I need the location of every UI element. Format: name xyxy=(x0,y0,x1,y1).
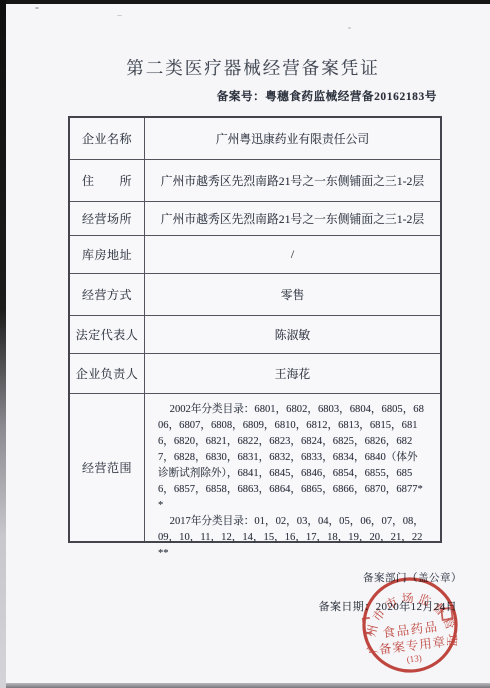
scan-speck xyxy=(117,15,122,16)
legal-representative-value: 陈淑敏 xyxy=(145,316,440,353)
registered-address-value: 广州市越秀区先烈南路21号之一东侧铺面之三1-2层 xyxy=(145,160,440,201)
scanned-certificate-page: 第二类医疗器械经营备案凭证 备案号：粤穗食药监械经营备20162183号 企业名… xyxy=(0,0,490,688)
row-label: 经营场所 xyxy=(70,202,145,235)
certificate-title: 第二类医疗器械经营备案凭证 xyxy=(0,55,490,80)
row-label: 住 所 xyxy=(70,160,145,201)
row-label: 库房地址 xyxy=(70,236,145,273)
row-label: 法定代表人 xyxy=(70,316,145,353)
scan-edge-left xyxy=(0,0,6,688)
record-number-value: 粤穗食药监械经营备20162183号 xyxy=(265,91,437,103)
scan-edge-top xyxy=(4,0,490,4)
scan-speck xyxy=(35,7,39,9)
row-label: 企业名称 xyxy=(70,118,145,159)
row-label: 企业负责人 xyxy=(70,354,145,393)
row-company-manager: 企业负责人 王海花 xyxy=(70,354,440,394)
record-number-line: 备案号：粤穗食药监械经营备20162183号 xyxy=(217,88,437,104)
company-name-value: 广州粤迅康药业有限责任公司 xyxy=(145,118,440,159)
business-scope-value: 2002年分类目录：6801，6802，6803，6804，6805，6806，… xyxy=(145,394,440,541)
business-mode-value: 零售 xyxy=(145,274,440,315)
row-business-scope: 经营范围 2002年分类目录：6801，6802，6803，6804，6805，… xyxy=(70,394,440,541)
stamp-inner-line3: (13) xyxy=(406,653,422,665)
certificate-info-table: 企业名称 广州粤迅康药业有限责任公司 住 所 广州市越秀区先烈南路21号之一东侧… xyxy=(68,116,442,543)
row-legal-representative: 法定代表人 陈淑敏 xyxy=(70,316,440,354)
row-business-premises: 经营场所 广州市越秀区先烈南路21号之一东侧铺面之三1-2层 xyxy=(70,202,440,236)
scan-speck xyxy=(348,27,351,29)
row-registered-address: 住 所 广州市越秀区先烈南路21号之一东侧铺面之三1-2层 xyxy=(70,160,440,202)
row-label: 经营方式 xyxy=(70,274,145,315)
row-warehouse-address: 库房地址 / xyxy=(70,236,440,274)
official-red-stamp: 广州市市场监督管理局 食品药品 备案专用章 (13) xyxy=(340,555,480,688)
company-manager-value: 王海花 xyxy=(145,354,440,393)
warehouse-address-value: / xyxy=(145,236,440,273)
row-business-mode: 经营方式 零售 xyxy=(70,274,440,316)
record-number-label: 备案号： xyxy=(217,91,265,103)
business-premises-value: 广州市越秀区先烈南路21号之一东侧铺面之三1-2层 xyxy=(145,202,440,235)
row-company-name: 企业名称 广州粤迅康药业有限责任公司 xyxy=(70,118,440,160)
scope-catalog-2002: 2002年分类目录：6801，6802，6803，6804，6805，6806，… xyxy=(158,402,427,514)
row-label: 经营范围 xyxy=(70,394,145,541)
